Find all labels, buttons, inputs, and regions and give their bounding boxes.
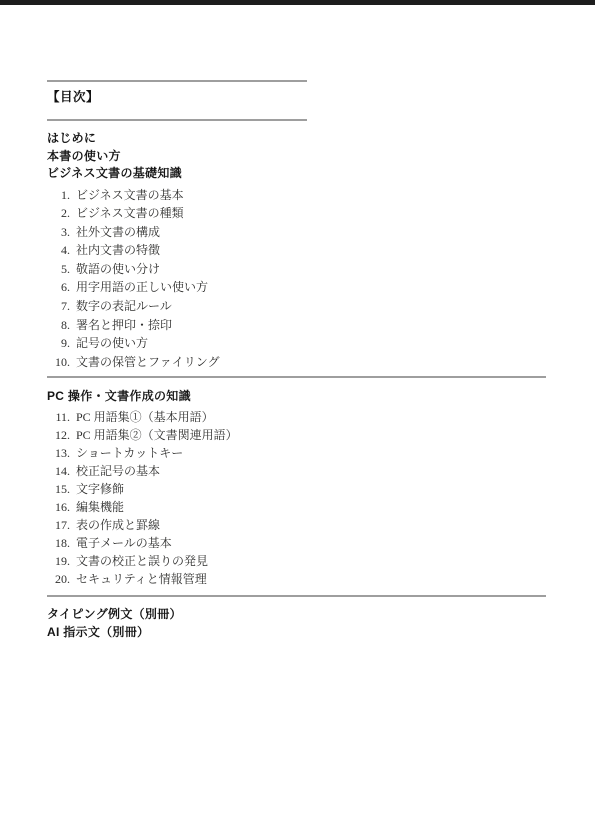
item-number: 15. [47, 480, 70, 498]
appendix-item-ai: AI 指示文（別冊） [47, 623, 557, 641]
section-title-pc-operations: PC 操作・文書作成の知識 [47, 388, 557, 406]
item-number: 12. [47, 426, 70, 444]
toc-item: 4.社内文書の特徴 [47, 241, 557, 260]
item-number: 11. [47, 408, 70, 426]
item-label: 編集機能 [76, 500, 124, 514]
item-label: PC 用語集②（文書関連用語） [76, 428, 238, 442]
item-number: 7. [47, 297, 70, 316]
item-number: 9. [47, 334, 70, 353]
toc-list-business-basics: 1.ビジネス文書の基本 2.ビジネス文書の種類 3.社外文書の構成 4.社内文書… [47, 186, 557, 372]
item-number: 14. [47, 462, 70, 480]
toc-item: 16.編集機能 [47, 498, 557, 516]
toc-item: 3.社外文書の構成 [47, 223, 557, 242]
item-label: 用字用語の正しい使い方 [76, 280, 208, 294]
toc-item: 10.文書の保管とファイリング [47, 353, 557, 372]
section-divider-rule [47, 376, 546, 378]
item-number: 1. [47, 186, 70, 205]
item-number: 6. [47, 278, 70, 297]
item-number: 2. [47, 204, 70, 223]
item-number: 10. [47, 353, 70, 372]
item-label: 文書の校正と誤りの発見 [76, 554, 208, 568]
toc-heading: 【目次】 [47, 89, 557, 105]
rule-above-heading [47, 80, 307, 82]
toc-item: 18.電子メールの基本 [47, 534, 557, 552]
item-label: 文書の保管とファイリング [76, 355, 220, 369]
toc-item: 20.セキュリティと情報管理 [47, 570, 557, 588]
document-page: 【目次】 はじめに 本書の使い方 ビジネス文書の基礎知識 1.ビジネス文書の基本… [0, 0, 595, 826]
item-label: ビジネス文書の種類 [76, 206, 184, 220]
item-number: 3. [47, 223, 70, 242]
item-label: 電子メールの基本 [76, 536, 172, 550]
toc-item: 9.記号の使い方 [47, 334, 557, 353]
toc-item: 8.署名と押印・捺印 [47, 316, 557, 335]
appendices: タイピング例文（別冊） AI 指示文（別冊） [47, 605, 557, 641]
toc-list-pc-operations: 11.PC 用語集①（基本用語） 12.PC 用語集②（文書関連用語） 13.シ… [47, 408, 557, 588]
item-label: 表の作成と罫線 [76, 518, 160, 532]
item-label: 数字の表記ルール [76, 299, 172, 313]
toc-item: 12.PC 用語集②（文書関連用語） [47, 426, 557, 444]
item-label: 社内文書の特徴 [76, 243, 160, 257]
item-label: 記号の使い方 [76, 336, 148, 350]
appendix-item-typing: タイピング例文（別冊） [47, 605, 557, 623]
toc-item: 13.ショートカットキー [47, 444, 557, 462]
item-number: 13. [47, 444, 70, 462]
front-item-hajimeni: はじめに [47, 130, 557, 148]
item-number: 4. [47, 241, 70, 260]
toc-item: 1.ビジネス文書の基本 [47, 186, 557, 205]
item-label: PC 用語集①（基本用語） [76, 410, 214, 424]
item-number: 16. [47, 498, 70, 516]
toc-item: 15.文字修飾 [47, 480, 557, 498]
section-title-business-basics: ビジネス文書の基礎知識 [47, 165, 557, 183]
item-label: 社外文書の構成 [76, 225, 160, 239]
toc-item: 7.数字の表記ルール [47, 297, 557, 316]
item-label: セキュリティと情報管理 [76, 572, 207, 586]
item-number: 5. [47, 260, 70, 279]
toc-item: 19.文書の校正と誤りの発見 [47, 552, 557, 570]
item-number: 20. [47, 570, 70, 588]
toc-item: 6.用字用語の正しい使い方 [47, 278, 557, 297]
item-number: 19. [47, 552, 70, 570]
item-number: 18. [47, 534, 70, 552]
toc-content: 【目次】 はじめに 本書の使い方 ビジネス文書の基礎知識 1.ビジネス文書の基本… [47, 80, 557, 641]
item-label: ショートカットキー [76, 446, 183, 460]
toc-item: 11.PC 用語集①（基本用語） [47, 408, 557, 426]
toc-item: 14.校正記号の基本 [47, 462, 557, 480]
item-label: ビジネス文書の基本 [76, 188, 184, 202]
item-label: 文字修飾 [76, 482, 124, 496]
front-matter: はじめに 本書の使い方 ビジネス文書の基礎知識 [47, 130, 557, 183]
item-label: 署名と押印・捺印 [76, 318, 172, 332]
item-number: 8. [47, 316, 70, 335]
rule-below-heading [47, 119, 307, 121]
item-label: 敬語の使い分け [76, 262, 160, 276]
front-item-usage: 本書の使い方 [47, 148, 557, 166]
toc-item: 17.表の作成と罫線 [47, 516, 557, 534]
toc-item: 2.ビジネス文書の種類 [47, 204, 557, 223]
item-label: 校正記号の基本 [76, 464, 160, 478]
item-number: 17. [47, 516, 70, 534]
section-divider-rule [47, 595, 546, 597]
scan-artifact-top-bar [0, 0, 595, 5]
toc-item: 5.敬語の使い分け [47, 260, 557, 279]
